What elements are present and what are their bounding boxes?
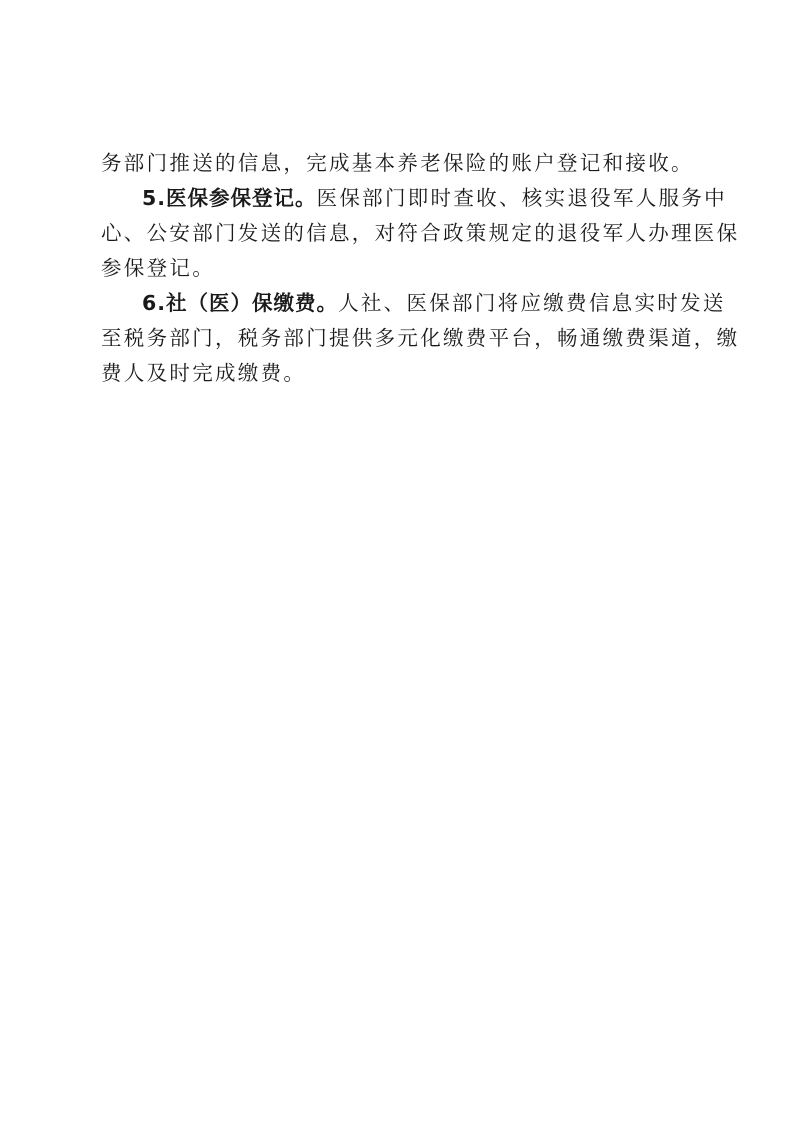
text-line: 至税务部门，税务部门提供多元化缴费平台，畅通缴费渠道，缴 [101,321,701,356]
paragraph-insurance-payment: 6.社（医）保缴费。人社、医保部门将应缴费信息实时发送 至税务部门，税务部门提供… [101,286,701,391]
paragraph-medical-insurance-registration: 5.医保参保登记。医保部门即时查收、核实退役军人服务中 心、公安部门发送的信息，… [101,181,701,286]
text-line: 参保登记。 [101,251,701,286]
text-line: 6.社（医）保缴费。人社、医保部门将应缴费信息实时发送 [101,286,701,321]
section-heading: 6.社（医）保缴费。 [142,291,338,315]
document-body: 务部门推送的信息，完成基本养老保险的账户登记和接收。 5.医保参保登记。医保部门… [101,146,701,391]
text-line: 务部门推送的信息，完成基本养老保险的账户登记和接收。 [101,146,701,181]
text-line: 5.医保参保登记。医保部门即时查收、核实退役军人服务中 [101,181,701,216]
text-line: 费人及时完成缴费。 [101,356,701,391]
section-heading: 5.医保参保登记。 [142,186,317,210]
text-line: 心、公安部门发送的信息，对符合政策规定的退役军人办理医保 [101,216,701,251]
paragraph-continuation: 务部门推送的信息，完成基本养老保险的账户登记和接收。 [101,146,701,181]
text-span: 医保部门即时查收、核实退役军人服务中 [317,186,727,210]
text-span: 人社、医保部门将应缴费信息实时发送 [338,291,726,315]
document-page: 务部门推送的信息，完成基本养老保险的账户登记和接收。 5.医保参保登记。医保部门… [0,0,793,1122]
